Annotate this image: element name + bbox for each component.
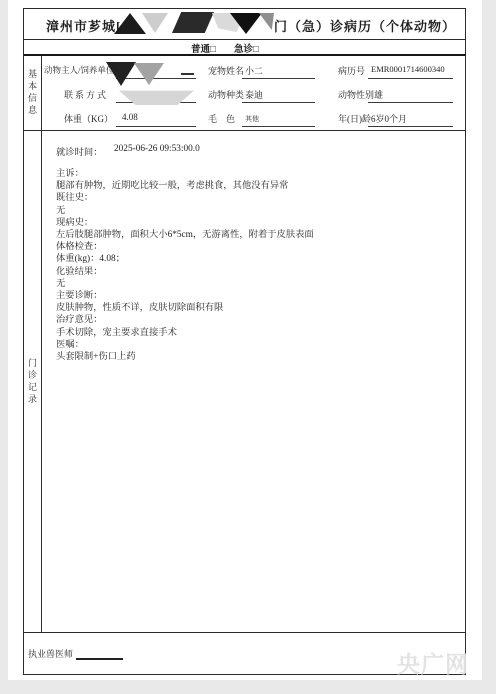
- record-line: 无: [56, 205, 457, 217]
- record-line: 现病史：: [56, 217, 457, 229]
- redaction-mark-icon: [172, 12, 214, 33]
- scanned-medical-record: { "header": { "title_prefix": "漳州市芗城[", …: [0, 0, 496, 694]
- veterinarian-label: 执业兽医师: [28, 647, 73, 660]
- hospital-name-prefix: 漳州市芗城[: [46, 16, 121, 35]
- redaction-dash-icon: [181, 73, 194, 75]
- coat-color-value: 其他: [245, 114, 259, 124]
- weight-label: 体重（KG）: [64, 112, 113, 125]
- record-line: 主要诊断：: [56, 290, 457, 302]
- record-line: 主诉：: [56, 168, 457, 180]
- pet-name-value: 小二: [245, 64, 263, 77]
- record-table: 漳州市芗城[ 门（急）诊病历（个体动物） 普通□ 急诊□ 基本信息 动物主人/饲…: [23, 8, 466, 675]
- age-label: 年(日)龄: [338, 112, 371, 125]
- checkbox-normal-visit: 普通□: [191, 41, 216, 55]
- cnr-watermark: 央广网: [397, 646, 469, 679]
- owner-label: 动物主人/饲养单位: [44, 64, 114, 76]
- pet-name-label: 宠物姓名: [208, 64, 244, 77]
- age-underline: [368, 126, 453, 127]
- visit-type-row: 普通□ 急诊□: [24, 40, 465, 56]
- species-label: 动物种类: [208, 88, 244, 101]
- record-line: 体格检查：: [56, 241, 457, 253]
- species-underline: [242, 102, 315, 103]
- visit-time-label: 就诊时间：: [56, 144, 103, 158]
- title-row: 漳州市芗城[ 门（急）诊病历（个体动物）: [24, 9, 465, 40]
- redaction-mark-icon: [259, 13, 274, 30]
- weight-underline: [116, 126, 196, 127]
- record-line: 医嘱：: [56, 339, 457, 351]
- contact-label: 联系方式: [64, 88, 108, 101]
- document-page: 漳州市芗城[ 门（急）诊病历（个体动物） 普通□ 急诊□ 基本信息 动物主人/饲…: [8, 0, 482, 680]
- record-line: 皮肤肿物，性质不详，皮肤切除面积有限: [56, 302, 457, 314]
- sex-underline: [368, 102, 453, 103]
- sex-value: 雄: [374, 88, 383, 101]
- record-text: 主诉：腿部有肿物，近期吃比较一般，考虑挑食，其他没有异常既往史：无现病史：左后肢…: [56, 168, 457, 363]
- record-line: 腿部有肿物，近期吃比较一般，考虑挑食，其他没有异常: [56, 180, 457, 192]
- record-line: 左后肢腿部肿物，面积大小6*5cm，无游离性，附着于皮肤表面: [56, 229, 457, 241]
- record-line: 治疗意见：: [56, 314, 457, 326]
- record-line: 既往史：: [56, 192, 457, 204]
- weight-value: 4.08: [122, 112, 138, 122]
- record-line: 无: [56, 278, 457, 290]
- coat-color-underline: [242, 126, 315, 127]
- species-value: 泰迪: [245, 88, 263, 101]
- redaction-mark-icon: [134, 63, 164, 85]
- pet-name-underline: [242, 78, 315, 79]
- document-title: 门（急）诊病历（个体动物）: [274, 16, 456, 35]
- basic-info-section-label: 基本信息: [24, 56, 42, 130]
- clinic-record-section-label: 门诊记录: [24, 131, 42, 632]
- coat-color-label: 毛 色: [208, 112, 235, 125]
- checkbox-emergency-visit: 急诊□: [234, 41, 259, 55]
- record-no-underline: [368, 78, 453, 79]
- basic-info-fields: 动物主人/饲养单位 宠物姓名 小二 病历号 EMR0001714600340 联…: [42, 56, 465, 130]
- record-line: 体重(kg)：4.08；: [56, 253, 457, 265]
- record-line: 化验结果：: [56, 266, 457, 278]
- redaction-mark-icon: [142, 13, 168, 33]
- record-no-label: 病历号: [338, 64, 365, 77]
- veterinarian-signature-line: [76, 658, 123, 660]
- clinic-record-section: 门诊记录 就诊时间： 2025-06-26 09:53:00.0 主诉：腿部有肿…: [24, 131, 465, 632]
- record-line: 头套限制+伤口上药: [56, 351, 457, 363]
- sex-label: 动物性别: [338, 88, 374, 101]
- age-value: 6岁0个月: [371, 112, 407, 125]
- record-no-value: EMR0001714600340: [371, 64, 445, 74]
- visit-time-value: 2025-06-26 09:53:00.0: [114, 144, 200, 154]
- basic-info-section: 基本信息 动物主人/饲养单位 宠物姓名 小二 病历号 EMR0001714600…: [24, 56, 465, 131]
- owner-underline: [116, 78, 196, 79]
- record-line: 手术切除，宠主要求直接手术: [56, 327, 457, 339]
- clinic-record-content: 就诊时间： 2025-06-26 09:53:00.0 主诉：腿部有肿物，近期吃…: [42, 131, 465, 632]
